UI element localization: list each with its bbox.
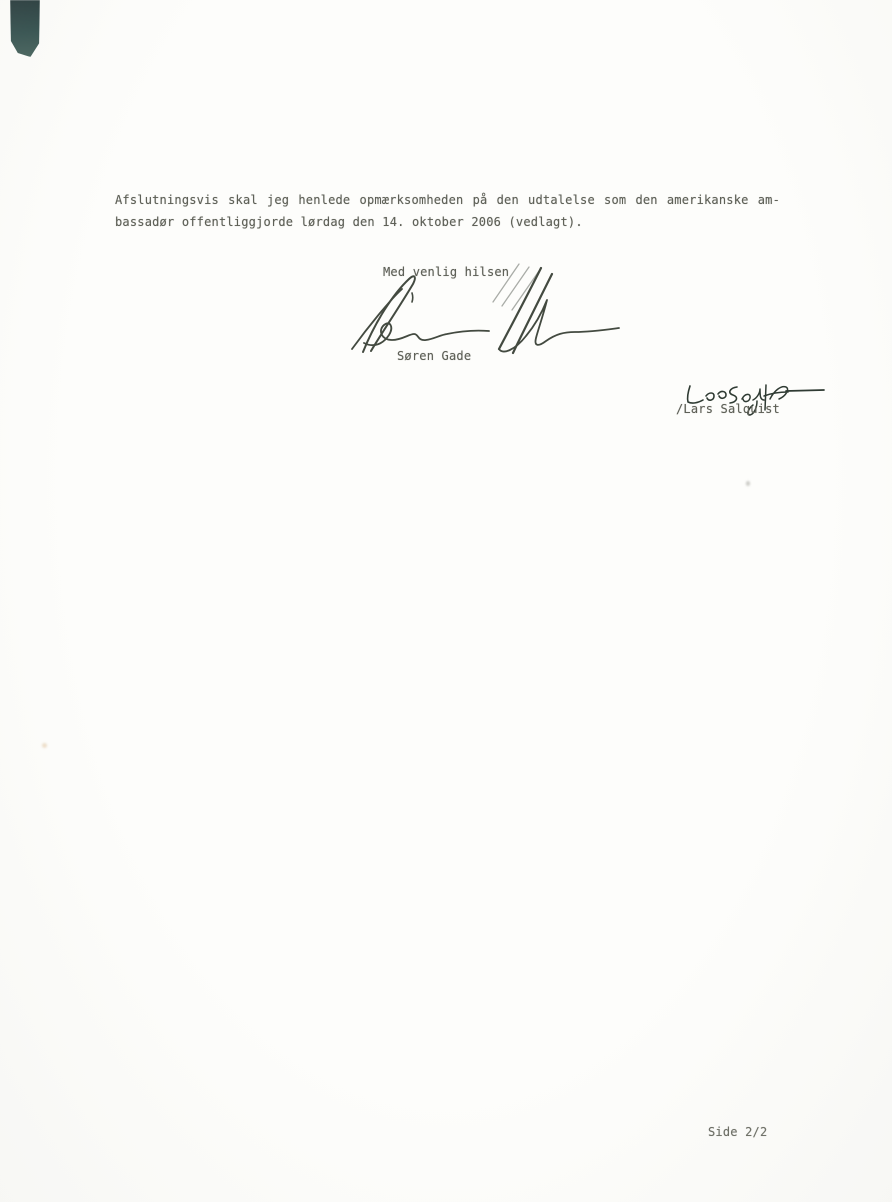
corner-scan-artifact [10,0,40,57]
scan-speck [746,481,750,486]
cosigner-name: /Lars Salquist [676,402,780,416]
signatures-layer [0,0,892,1202]
paragraph-line-1: Afslutningsvis skal jeg henlede opmærkso… [115,189,780,211]
signer-name: Søren Gade [397,349,471,363]
valediction: Med venlig hilsen [383,265,509,279]
scanned-letter-page: Afslutningsvis skal jeg henlede opmærkso… [0,0,892,1202]
page-number: Side 2/2 [708,1125,767,1139]
scan-speck [42,743,47,748]
paragraph-line-2: bassadør offentliggjorde lørdag den 14. … [115,211,780,233]
closing-paragraph: Afslutningsvis skal jeg henlede opmærkso… [115,189,780,233]
